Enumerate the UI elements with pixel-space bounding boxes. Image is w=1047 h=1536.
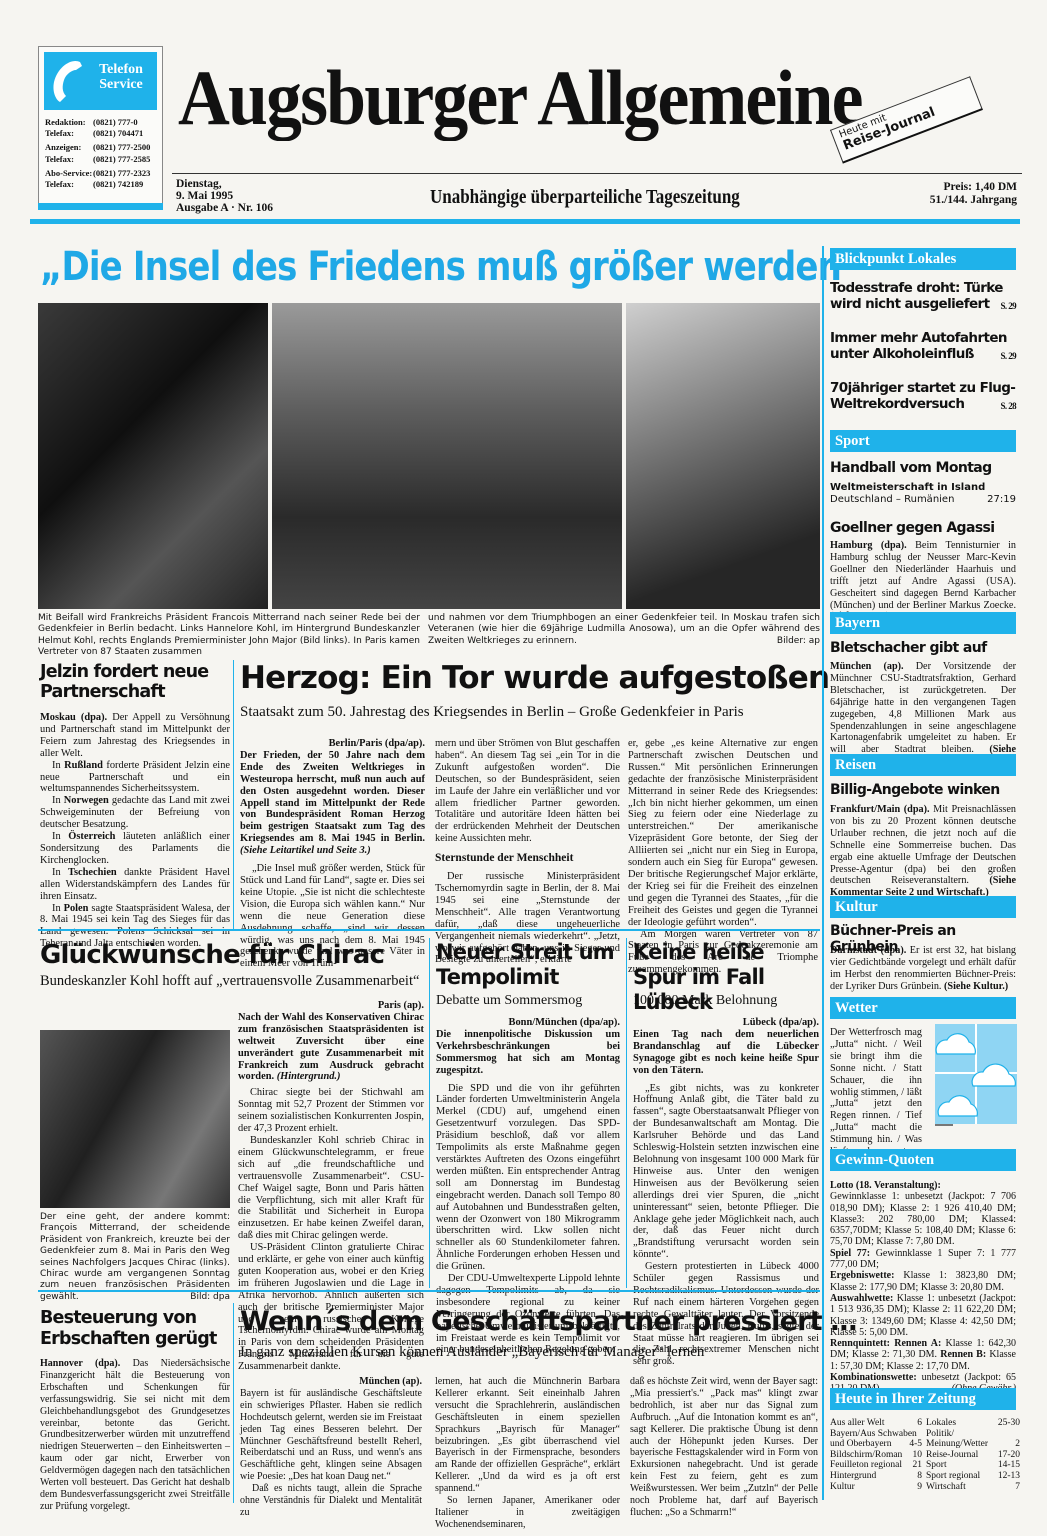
column-divider — [233, 1303, 234, 1503]
herzog-headline: Herzog: Ein Tor wurde aufgestoßen — [240, 660, 829, 696]
erbschaft-headline: Besteuerung von Erbschaften gerügt — [40, 1308, 220, 1350]
sport-headline-handball: Handball vom Montag — [830, 460, 1016, 476]
lokales-item: 70jähriger startet zu Flug-Weltrekordver… — [830, 380, 1016, 412]
phone-row: Redaktion:(0821) 777-0 — [45, 117, 156, 128]
sport-headline-goellner: Goellner gegen Agassi — [830, 520, 1016, 536]
toc-item[interactable]: Wirtschaft7 — [926, 1482, 1020, 1493]
toc-item[interactable]: Bildschirm/Roman10 — [830, 1450, 922, 1461]
chirac-subhead: Bundeskanzler Kohl hofft auf „vertrauens… — [40, 973, 419, 990]
photo-veteran-moskau — [626, 303, 820, 609]
toc-item[interactable]: Sport14-15 — [926, 1460, 1020, 1471]
reisen-article: Frankfurt/Main (dpa). Mit Preisnachlässe… — [830, 804, 1016, 899]
telefon-service-box: Telefon Service Redaktion:(0821) 777-0 T… — [38, 46, 163, 210]
issue-date: Dienstag, 9. Mai 1995 Ausgabe A · Nr. 10… — [176, 178, 273, 214]
photo-caption-right: und nahmen vor dem Triumphbogen an einer… — [428, 613, 820, 648]
manager-col1: München (ap). Bayern ist für ausländisch… — [240, 1376, 422, 1519]
jelzin-article: Moskau (dpa). Der Appell zu Versöhnung u… — [40, 712, 230, 950]
phone-row: Telefax:(0821) 704471 — [45, 128, 156, 139]
section-divider — [38, 929, 820, 931]
section-header-kultur: Kultur — [830, 896, 1016, 918]
weather-clouds-icon — [935, 1024, 1017, 1126]
herzog-col1: Berlin/Paris (dpa/ap). Der Frieden, der … — [240, 738, 425, 970]
luebeck-subhead: 100 000 Mark Belohnung — [633, 992, 777, 1009]
tempolimit-subhead: Debatte um Sommersmog — [436, 992, 582, 1009]
toc-right-column: Lokales25-30 Politik/ Meinung/Wetter2 Re… — [926, 1418, 1020, 1492]
gewinn-quoten-list: Lotto (18. Veranstaltung): Gewinnklasse … — [830, 1180, 1016, 1395]
section-header-gewinn-quoten: Gewinn-Quoten — [830, 1149, 1016, 1171]
reisen-headline: Billig-Angebote winken — [830, 782, 1016, 798]
chirac-headline: Glückwünsche für Chirac — [40, 940, 384, 970]
toc-item[interactable]: Feuilleton regional21 — [830, 1460, 922, 1471]
jelzin-headline: Jelzin fordert neue Partnerschaft — [40, 662, 220, 702]
lead-headline: „Die Insel des Friedens muß größer werde… — [40, 245, 862, 289]
price-info: Preis: 1,40 DM 51./144. Jahrgang — [930, 181, 1017, 207]
header-accent-bar — [30, 219, 1020, 224]
toc-left-column: Aus aller Welt6 Bayern/Aus Schwaben und … — [830, 1418, 922, 1492]
masthead: Augsburger Allgemeine — [178, 58, 862, 138]
toc-item[interactable]: Aus aller Welt6 — [830, 1418, 922, 1429]
lokales-item: Todesstrafe droht: Türke wird nicht ausg… — [830, 280, 1016, 312]
herzog-col2: mern und über Strömen von Blut geschaffe… — [435, 738, 620, 966]
lokales-item: Immer mehr Autofahrten unter Alkoholeinf… — [830, 330, 1016, 362]
handball-result: Weltmeisterschaft in Island Deutschland … — [830, 482, 1016, 506]
phone-row: Telefax:(0821) 742189 — [45, 179, 156, 190]
section-header-heute: Heute in Ihrer Zeitung — [830, 1388, 1016, 1410]
toc-item[interactable]: Meinung/Wetter2 — [926, 1439, 1020, 1450]
phone-row: Abo-Service:(0821) 777-2323 — [45, 168, 156, 179]
section-header-reisen: Reisen — [830, 754, 1016, 776]
phone-numbers: Redaktion:(0821) 777-0 Telefax:(0821) 70… — [39, 115, 162, 192]
toc-item[interactable]: Bayern/Aus Schwaben — [830, 1429, 922, 1440]
manager-col2: lernen, hat auch die Münchnerin Barbara … — [435, 1376, 620, 1531]
tempolimit-headline: Neuer Streit um Tempolimit — [436, 940, 616, 990]
telephone-handset-icon — [50, 58, 88, 104]
table-of-contents: Aus aller Welt6 Bayern/Aus Schwaben und … — [830, 1418, 1018, 1492]
phone-row: Telefax:(0821) 777-2585 — [45, 154, 156, 165]
manager-col3: daß es höchste Zeit wird, wenn der Bayer… — [630, 1376, 818, 1519]
toc-item[interactable]: Hintergrund8 — [830, 1471, 922, 1482]
herzog-subheading: Sternstunde der Menschheit — [435, 853, 620, 865]
column-divider — [233, 660, 234, 930]
bayern-article: München (ap). Der Vorsitzende der Münchn… — [830, 661, 1016, 768]
section-header-sport: Sport — [830, 430, 1016, 452]
goellner-article: Hamburg (dpa). Beim Tennisturnier in Ham… — [830, 540, 1016, 623]
sidebar-accent-line — [822, 246, 824, 1500]
photo-triumphbogen-paris — [272, 303, 622, 609]
column-divider — [626, 938, 627, 1288]
manager-subhead: In ganz speziellen Kursen können Ausländ… — [240, 1343, 704, 1361]
toc-item[interactable]: Politik/ — [926, 1429, 1020, 1440]
telefon-service-title: Telefon Service — [91, 62, 151, 92]
photo-mitterrand-berlin — [38, 303, 268, 609]
match-score: 27:19 — [987, 494, 1016, 506]
manager-headline: Wenn´s dem Geschäftspartner pressiert … — [240, 1306, 857, 1338]
toc-item[interactable]: Sport regional12-13 — [926, 1471, 1020, 1482]
telefon-service-banner: Telefon Service — [44, 52, 157, 110]
slogan: Unabhängige überparteiliche Tageszeitung — [430, 186, 740, 208]
photo-caption-left: Mit Beifall wird Frankreichs Präsident F… — [38, 613, 420, 659]
column-divider — [429, 938, 430, 1288]
erbschaft-article: Hannover (dpa). Das Niedersächsische Fin… — [40, 1358, 230, 1513]
herzog-subhead: Staatsakt zum 50. Jahrestag des Kriegsen… — [240, 703, 744, 721]
kultur-article: Darmstadt (dpa). Er ist erst 32, hat bis… — [830, 945, 1016, 993]
section-header-lokales: Blickpunkt Lokales — [830, 248, 1016, 270]
phone-box-accent-bar — [38, 203, 163, 210]
toc-item[interactable]: Lokales25-30 — [926, 1418, 1020, 1429]
toc-item[interactable]: und Oberbayern4-5 — [830, 1439, 922, 1450]
photo-chirac-mitterrand — [40, 1030, 230, 1208]
toc-item[interactable]: Reise-Journal17-20 — [926, 1450, 1020, 1461]
phone-row: Anzeigen:(0821) 777-2500 — [45, 142, 156, 153]
section-header-bayern: Bayern — [830, 612, 1016, 634]
bayern-headline: Bletschacher gibt auf — [830, 640, 1016, 656]
header-rule — [172, 173, 1022, 174]
section-divider — [38, 1290, 820, 1292]
photo-credit: Bild: dpa — [190, 1292, 230, 1303]
toc-item[interactable]: Kultur9 — [830, 1482, 922, 1493]
section-header-wetter: Wetter — [830, 997, 1016, 1019]
